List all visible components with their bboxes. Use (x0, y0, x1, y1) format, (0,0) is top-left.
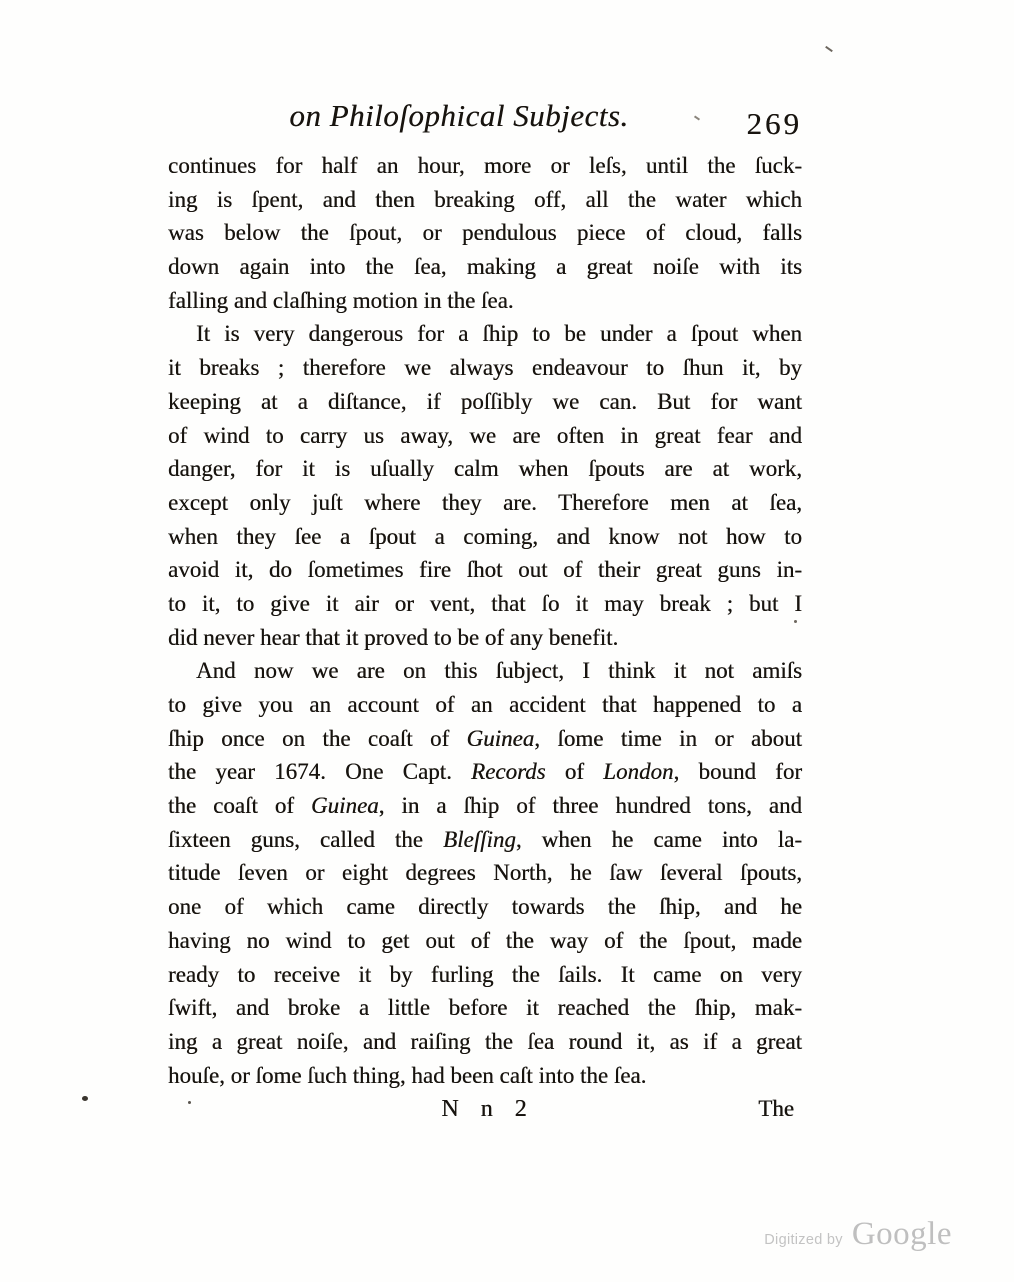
text-line: it breaks ; therefore we always endeavou… (168, 351, 802, 385)
text-line: ready to receive it by furling the ſails… (168, 958, 802, 992)
text-line: continues for half an hour, more or leſs… (168, 149, 802, 183)
text-line: of wind to carry us away, we are often i… (168, 419, 802, 453)
text-line: down again into the ſea, making a great … (168, 250, 802, 284)
body-text-block: continues for half an hour, more or leſs… (168, 149, 802, 1126)
text-line: was below the ſpout, or pendulous piece … (168, 216, 802, 250)
text-line: did never hear that it proved to be of a… (168, 621, 802, 655)
text-line: ing a great noiſe, and raiſing the ſea r… (168, 1025, 802, 1059)
page-number: 269 (747, 106, 803, 142)
text-line: ſwift, and broke a little before it reac… (168, 991, 802, 1025)
text-line: the year 1674. One Capt. Records of Lond… (168, 755, 802, 789)
text-line: It is very dangerous for a ſhip to be un… (168, 317, 802, 351)
catchword: The (758, 1092, 794, 1126)
text-line: except only juſt where they are. Therefo… (168, 486, 802, 520)
signature-line: N n 2 The (168, 1092, 802, 1126)
text-line: ing is ſpent, and then breaking off, all… (168, 183, 802, 217)
text-line: falling and claſhing motion in the ſea. (168, 284, 802, 318)
text-line: avoid it, do ſometimes fire ſhot out of … (168, 553, 802, 587)
running-head-title: on Philoſophical Subjects. (289, 98, 628, 134)
google-logo: Google (852, 1216, 952, 1253)
text-line: keeping at a diſtance, if poſſibly we ca… (168, 385, 802, 419)
google-watermark: Digitized by Google (764, 1216, 952, 1253)
text-line: And now we are on this ſubject, I think … (168, 654, 802, 688)
text-line: ſixteen guns, called the Bleſſing, when … (168, 823, 802, 857)
scan-speck (82, 1096, 88, 1101)
scan-speck (794, 620, 797, 623)
running-head: on Philoſophical Subjects. 269 (168, 98, 802, 142)
text-line: having no wind to get out of the way of … (168, 924, 802, 958)
paragraphs: continues for half an hour, more or leſs… (168, 149, 802, 1092)
text-line: when they ſee a ſpout a coming, and know… (168, 520, 802, 554)
text-line: the coaſt of Guinea, in a ſhip of three … (168, 789, 802, 823)
scan-speck (825, 46, 833, 52)
book-page-scan: on Philoſophical Subjects. 269 continues… (0, 0, 1014, 1282)
text-line: houſe, or ſome ſuch thing, had been caſt… (168, 1059, 802, 1093)
text-line: to it, to give it air or vent, that ſo i… (168, 587, 802, 621)
text-line: to give you an account of an accident th… (168, 688, 802, 722)
signature-mark: N n 2 (441, 1093, 528, 1127)
text-line: ſhip once on the coaſt of Guinea, ſome t… (168, 722, 802, 756)
text-line: one of which came directly towards the ſ… (168, 890, 802, 924)
text-line: danger, for it is uſually calm when ſpou… (168, 452, 802, 486)
scan-speck (188, 1101, 191, 1104)
watermark-prefix: Digitized by (764, 1232, 843, 1248)
text-line: titude ſeven or eight degrees North, he … (168, 856, 802, 890)
